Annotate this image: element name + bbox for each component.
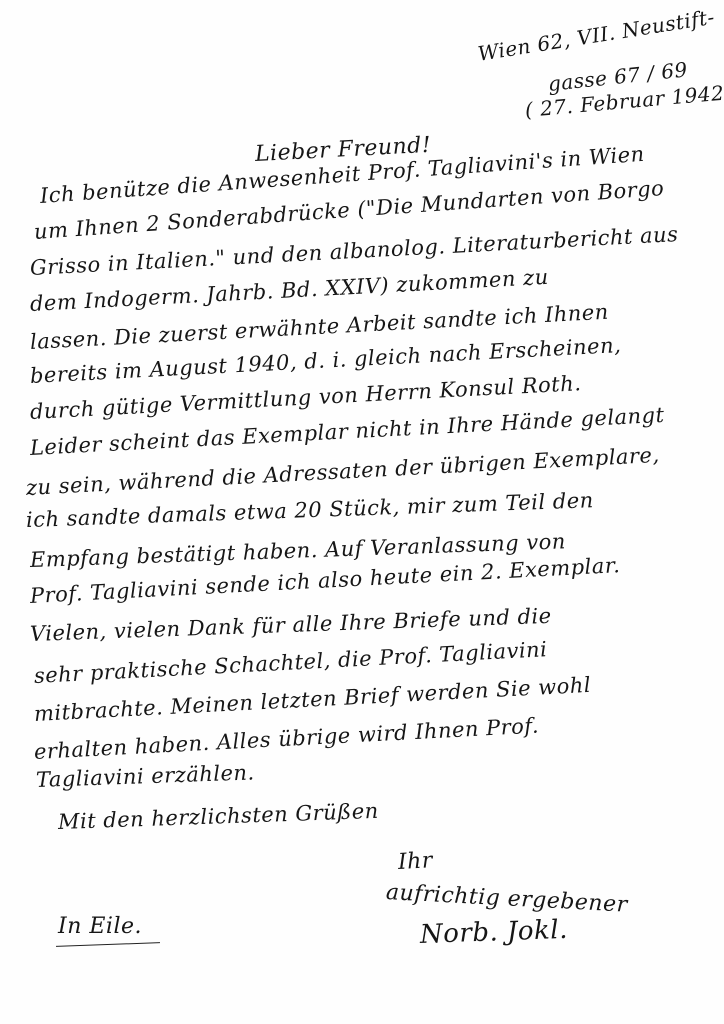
postscript-underline bbox=[56, 942, 160, 947]
postscript: In Eile. bbox=[58, 914, 142, 939]
body-line-17: Tagliavini erzählen. bbox=[36, 760, 255, 792]
signoff-ergebener: aufrichtig ergebener bbox=[385, 880, 628, 918]
signature: Norb. Jokl. bbox=[419, 915, 568, 950]
closing: Mit den herzlichsten Grüßen bbox=[58, 799, 379, 834]
body-line-13: Vielen, vielen Dank für alle Ihre Briefe… bbox=[30, 604, 552, 646]
letter-page: Wien 62, VII. Neustift- gasse 67 / 69 ( … bbox=[0, 0, 724, 1024]
address-line-1: Wien 62, VII. Neustift- bbox=[476, 5, 716, 66]
signoff-ihr: Ihr bbox=[397, 848, 433, 875]
